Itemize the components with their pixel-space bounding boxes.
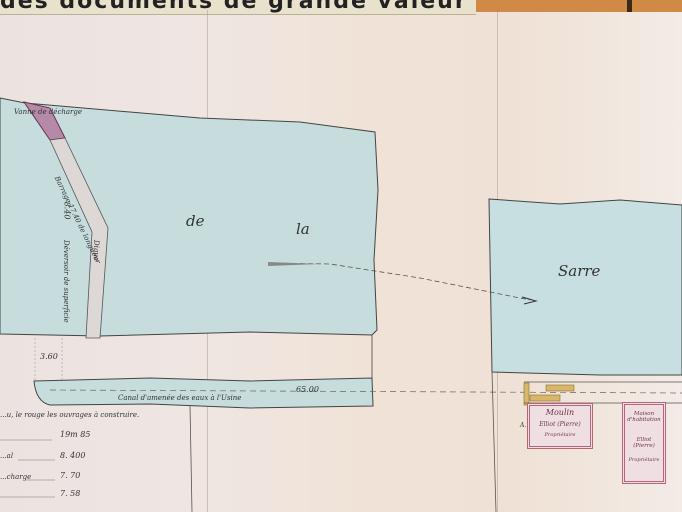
building-title: Maison d'habitation (625, 411, 663, 423)
building-title: Moulin (530, 408, 590, 417)
legend-heading: ...u, le rouge les ouvrages à construire… (0, 411, 139, 419)
small-dimension: 3.60 (40, 352, 58, 361)
oblique-label: Déversoir de superficie (62, 240, 70, 323)
dam-label: Vanne de décharge (14, 108, 82, 116)
house-building: Maison d'habitation Elliot (Pierre) Prop… (622, 402, 666, 484)
legend-value: 8. 400 (60, 451, 85, 460)
river-name: Sarre (558, 262, 600, 280)
oblique-label: Digue (92, 240, 100, 261)
river-word: la (296, 220, 310, 238)
building-owner: Elliot (Pierre) (625, 437, 663, 449)
river-word: de (186, 212, 204, 230)
channel-label: Canal d'amenée des eaux à l'Usine (118, 394, 241, 402)
building-owner: Elliot (Pierre) (530, 421, 590, 428)
legend-label: ...charge (0, 473, 31, 481)
mill-marker: A. (520, 422, 526, 429)
legend-label: ...al (0, 452, 13, 460)
legend-value: 7. 58 (60, 489, 80, 498)
legend-value: 19m 85 (60, 430, 91, 439)
building-role: Propriétaire (530, 432, 590, 438)
mill-building: Moulin Elliot (Pierre) Propriétaire (527, 403, 593, 449)
legend-value: 7. 70 (60, 471, 80, 480)
channel-length: 65.00 (296, 385, 319, 394)
building-role: Propriétaire (625, 457, 663, 463)
